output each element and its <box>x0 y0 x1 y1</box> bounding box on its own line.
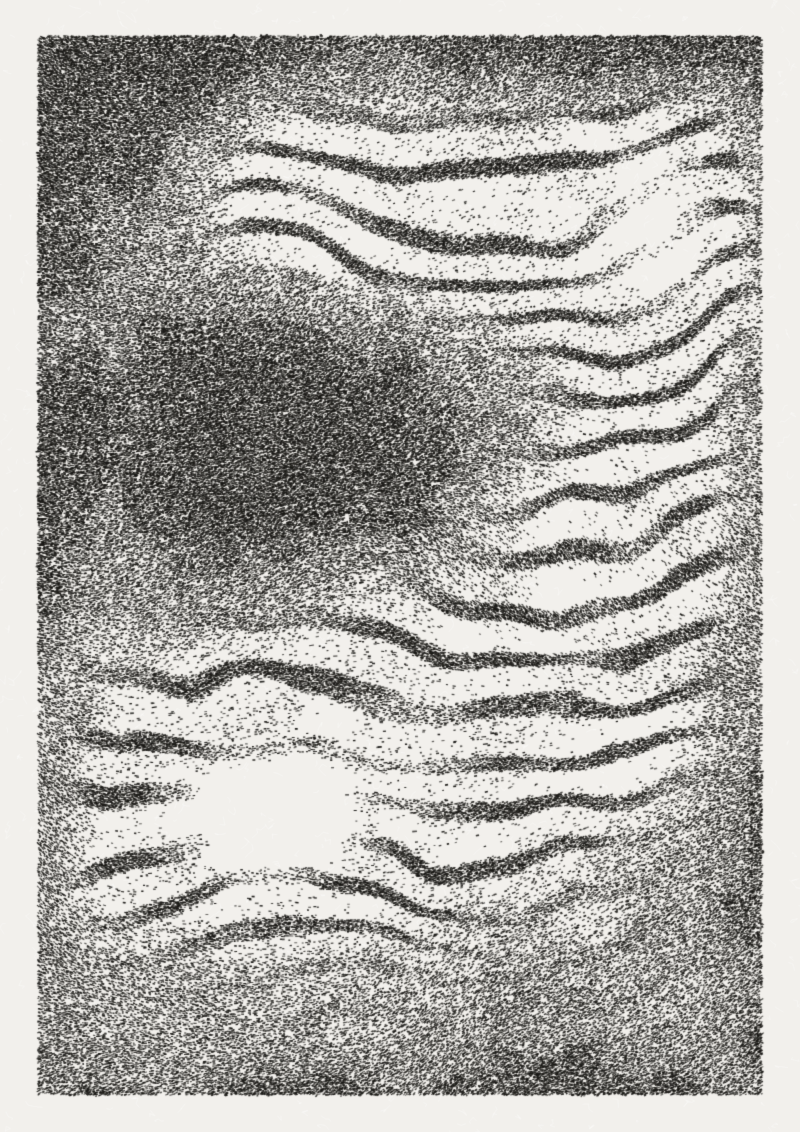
stipple-artwork-canvas <box>0 0 800 1132</box>
artwork-page <box>0 0 800 1132</box>
